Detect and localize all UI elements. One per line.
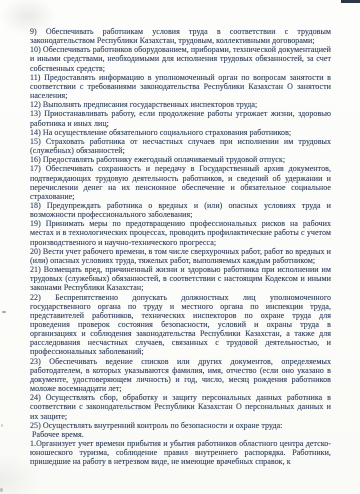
working-time-subheading: Рабочее время. xyxy=(30,430,331,439)
clause-17: 17) Обеспечивать сохранность и передачу … xyxy=(30,164,331,201)
clause-14: 14) На осуществление обязательного социа… xyxy=(30,128,331,137)
clause-20: 20) Вести учет рабочего времени, в том ч… xyxy=(30,247,331,265)
clause-13: 13) Приостанавливать работу, если продол… xyxy=(30,109,331,127)
clause-25: 25) Осуществлять внутренний контроль по … xyxy=(30,421,331,430)
scan-edge-speck xyxy=(0,488,3,492)
clause-18: 18) Предупреждать работника о вредных и … xyxy=(30,201,331,219)
clause-21: 21) Возмещать вред, причиненный жизни и … xyxy=(30,265,331,292)
scan-edge-mark xyxy=(2,311,6,313)
scanned-page: 9) Обеспечивать работникам условия труда… xyxy=(0,0,360,494)
clause-10: 10) Обеспечивать работников оборудование… xyxy=(30,45,331,72)
clause-12: 12) Выполнять предписания государственны… xyxy=(30,100,331,109)
clause-22: 22) Беспрепятственно допускать должностн… xyxy=(30,293,331,357)
clause-19: 19) Принимать меры по предотвращению про… xyxy=(30,219,331,246)
clause-23: 23) Обеспечивать ведение списков или дру… xyxy=(30,357,331,394)
scan-edge-speck xyxy=(1,424,3,427)
clause-16: 16) Предоставлять работнику ежегодный оп… xyxy=(30,155,331,164)
working-time-item-1: 1.Организует учет времени прибытия и убы… xyxy=(30,439,331,466)
clause-9: 9) Обеспечивать работникам условия труда… xyxy=(30,27,331,45)
clause-11: 11) Предоставлять информацию в уполномоч… xyxy=(30,73,331,100)
clause-15: 15) Страховать работника от несчастных с… xyxy=(30,137,331,155)
clause-24: 24) Осуществлять сбор, обработку и защит… xyxy=(30,393,331,420)
scanner-artifact-bar xyxy=(341,0,360,3)
document-body: 9) Обеспечивать работникам условия труда… xyxy=(30,27,331,467)
